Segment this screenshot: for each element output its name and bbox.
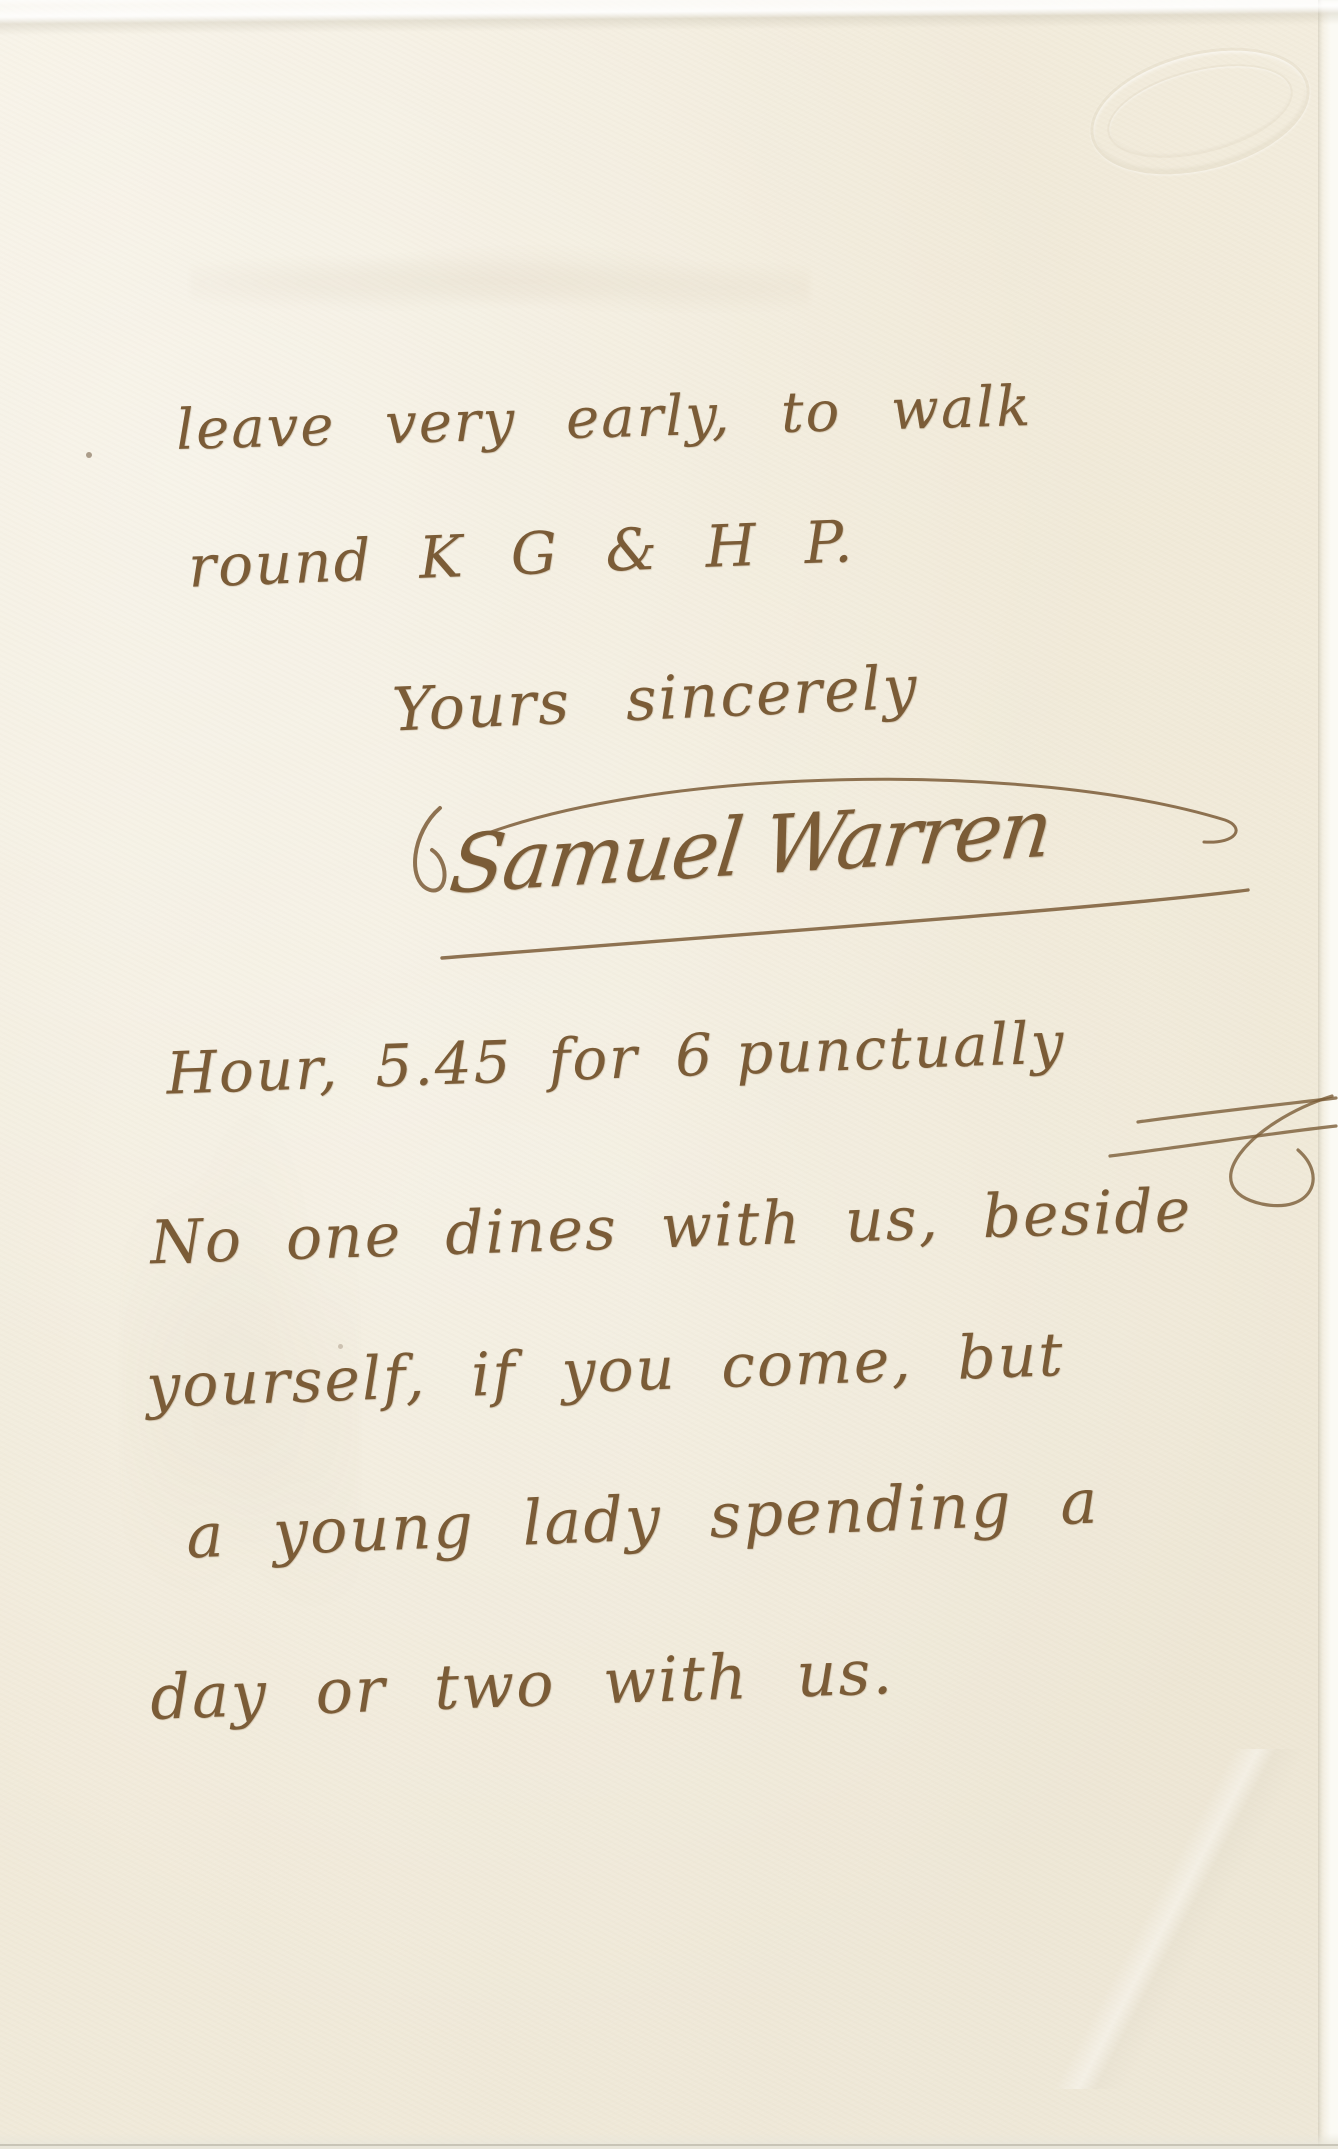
paper-edge-bottom — [0, 2133, 1338, 2149]
ink-speck — [86, 452, 92, 458]
postscript-line-4: day or two with us. — [149, 1635, 895, 1734]
ink-show-through — [190, 238, 810, 328]
hour-line: Hour, 5.45 for 6punctually — [165, 1008, 1066, 1107]
hour-emphasis: punctually — [735, 1008, 1067, 1087]
signature-flourish — [320, 760, 1300, 990]
paper-edge-right — [1318, 0, 1338, 2149]
postscript-line-2: yourself, if you come, but — [145, 1320, 1066, 1422]
letter-page: leave very early, to walk round K G & H … — [0, 0, 1338, 2149]
postscript-line-3: a young lady spending a — [185, 1464, 1101, 1572]
closing-line: Yours sincerely — [391, 653, 920, 746]
handwritten-line-2: round K G & H P. — [187, 507, 855, 601]
embossed-oval-seal — [1077, 27, 1323, 196]
signature-block: Samuel Warren — [320, 760, 1300, 990]
postscript-line-1: No one dines with us, beside — [149, 1176, 1193, 1279]
handwritten-line-1: leave very early, to walk — [175, 374, 1033, 463]
paper-edge-top — [0, 0, 1338, 16]
hour-prefix: Hour, 5.45 for 6 — [165, 1021, 715, 1108]
diagonal-crease — [958, 1749, 1338, 2089]
